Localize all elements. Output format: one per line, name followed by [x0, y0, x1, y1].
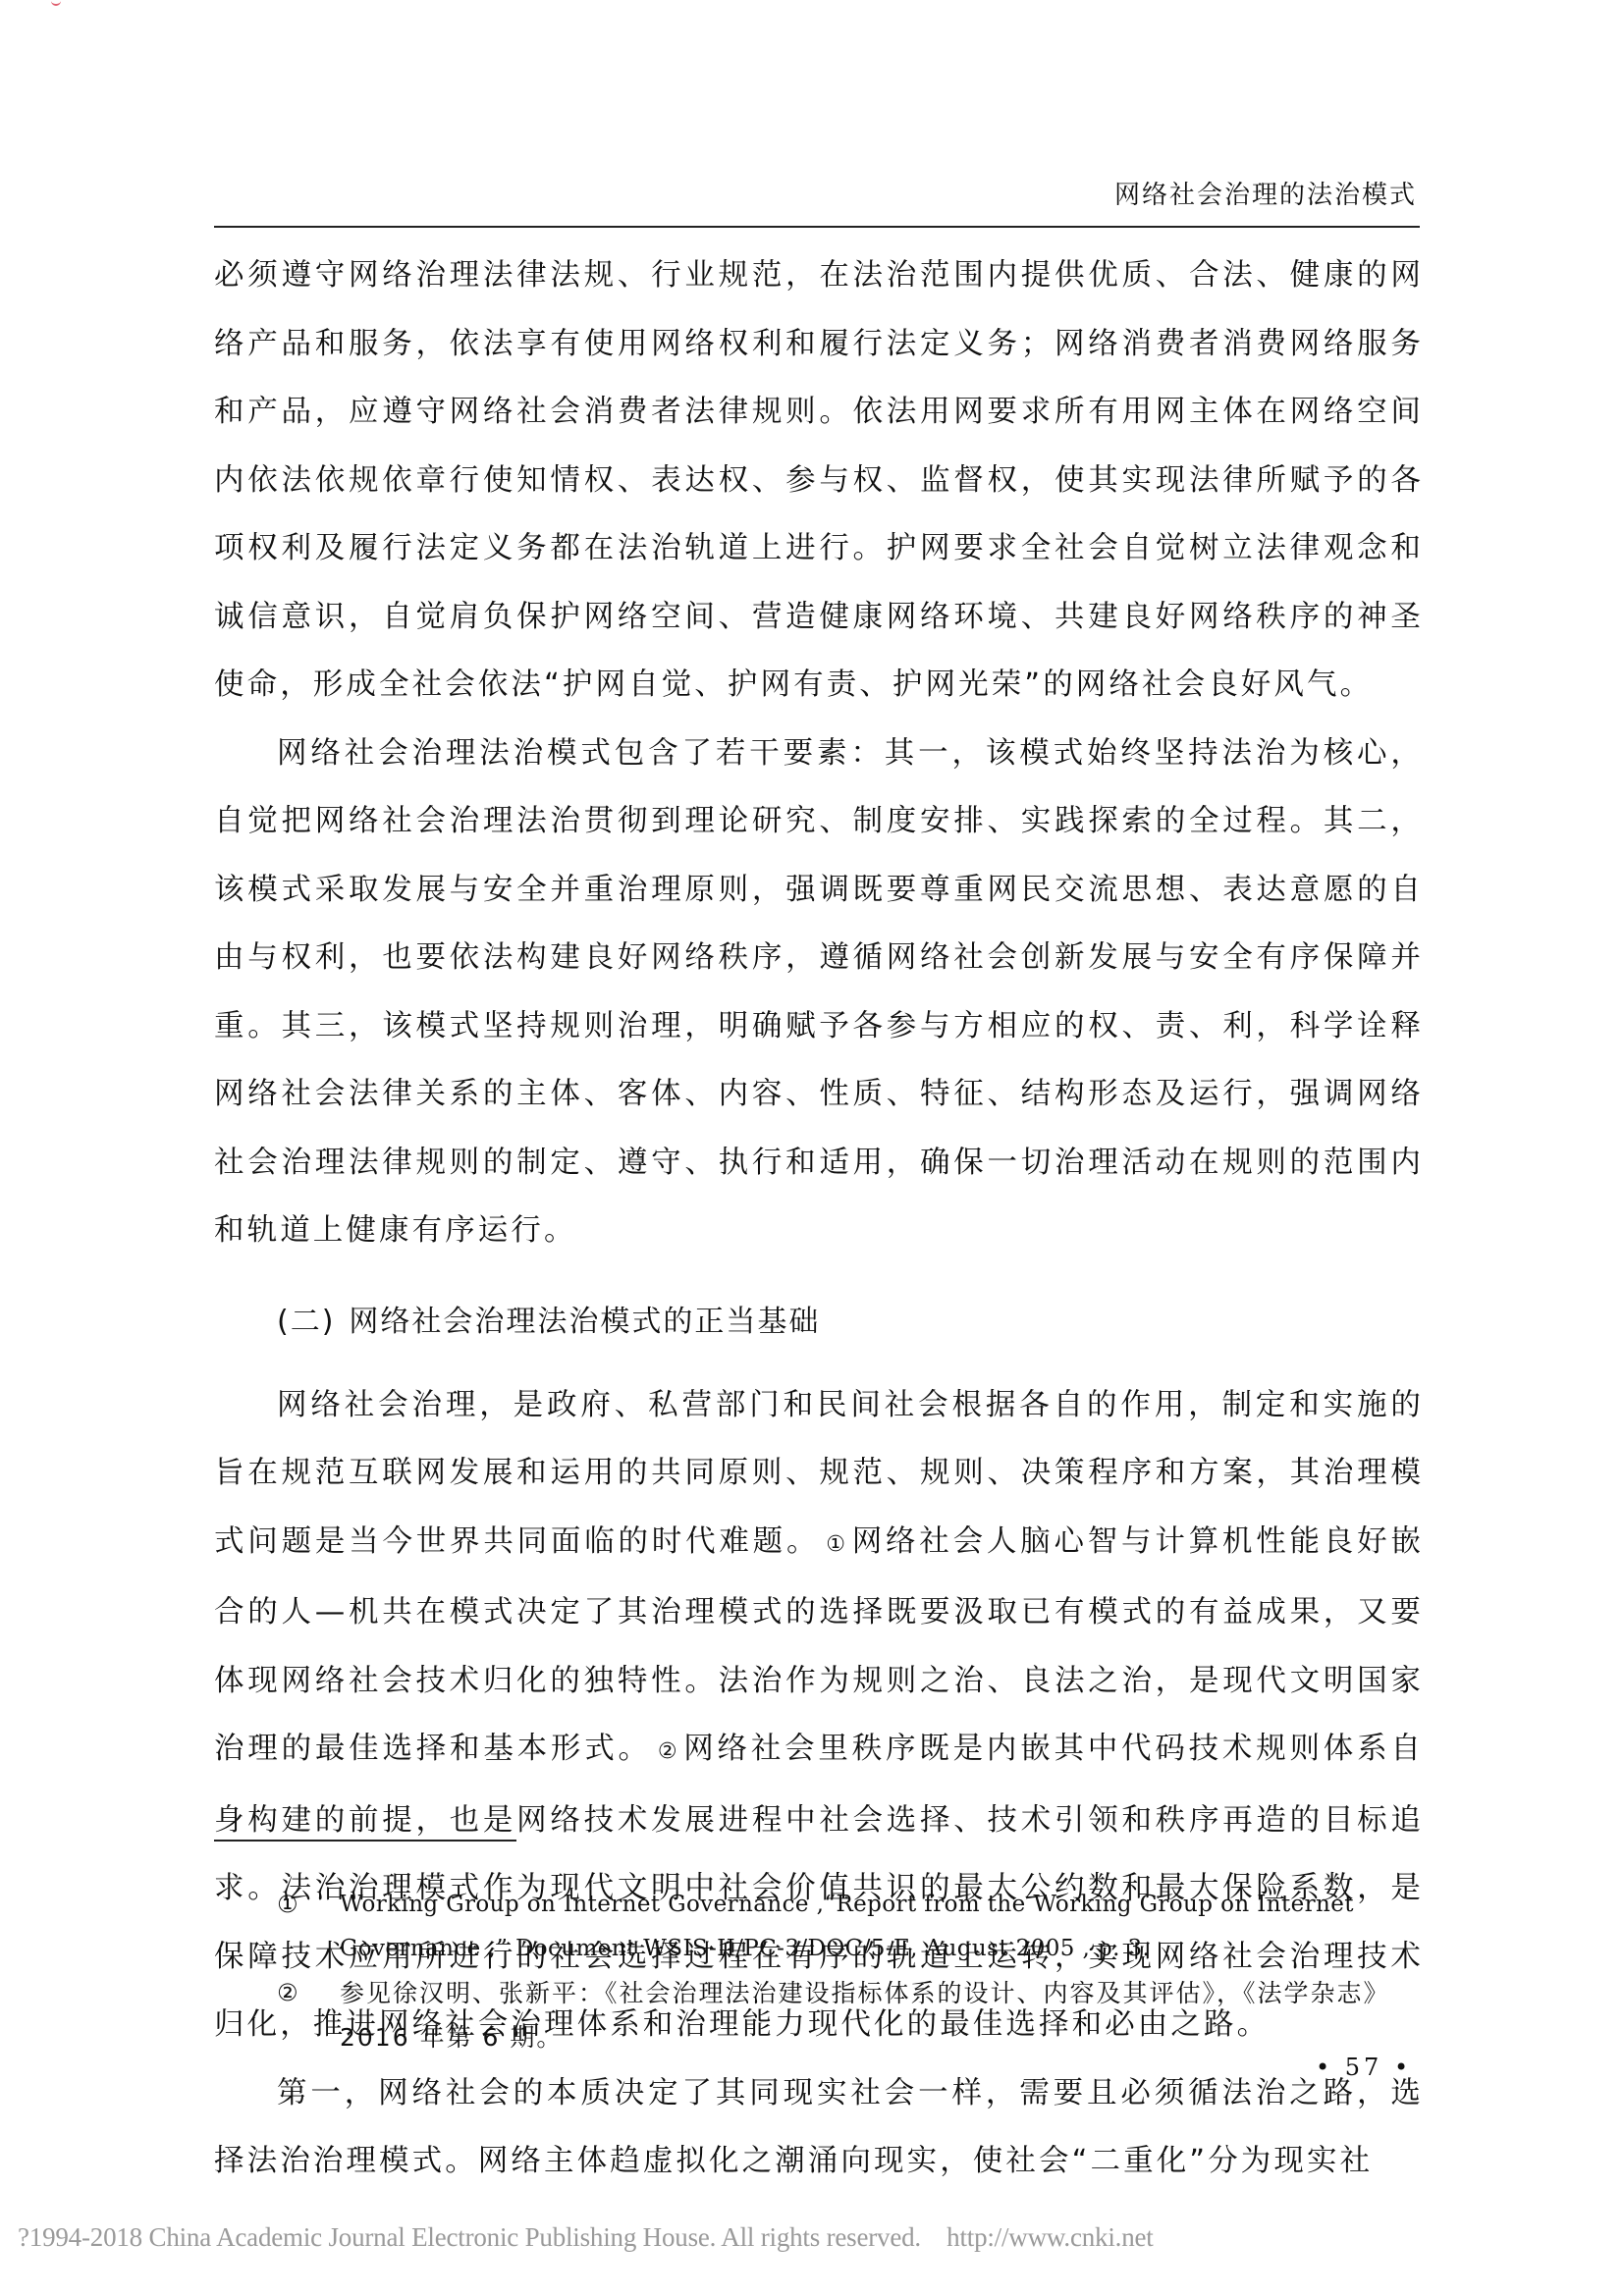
copyright-notice: ?1994-2018 China Academic Journal Electr…	[18, 2222, 1154, 2253]
footnote-mark: ②	[214, 1971, 340, 2015]
footnote-rule	[214, 1840, 516, 1842]
header-rule	[214, 226, 1420, 228]
footnote-text: Working Group on Internet Governance ,“R…	[340, 1883, 1424, 1971]
footnote-2: ② 参见徐汉明、张新平：《社会治理法治建设指标体系的设计、内容及其评估》，《法学…	[214, 1971, 1424, 2059]
paragraph: 网络社会治理法治模式包含了若干要素：其一，该模式始终坚持法治为核心，自觉把网络社…	[214, 720, 1424, 1265]
footnote-text: 参见徐汉明、张新平：《社会治理法治建设指标体系的设计、内容及其评估》，《法学杂志…	[340, 1971, 1424, 2059]
section-number: (二)	[277, 1305, 335, 1339]
footnote-ref-1[interactable]: ①	[826, 1532, 845, 1557]
footnote-1: ① Working Group on Internet Governance ,…	[214, 1883, 1424, 1971]
paragraph: 必须遵守网络治理法律法规、行业规范，在法治范围内提供优质、合法、健康的网络产品和…	[214, 241, 1424, 720]
page-number: • 57 •	[1316, 2054, 1412, 2081]
footnote-mark: ①	[214, 1883, 340, 1927]
section-title: 网络社会治理法治模式的正当基础	[349, 1305, 820, 1339]
paragraph-text: 网络社会人脑心智与计算机性能良好嵌合的人—机共在模式决定了其治理模式的选择既要汲…	[214, 1524, 1424, 1767]
footnotes: ① Working Group on Internet Governance ,…	[214, 1883, 1424, 2059]
running-head-title: 网络社会治理的法治模式	[1114, 175, 1417, 211]
section-heading: (二)网络社会治理法治模式的正当基础	[214, 1303, 1424, 1342]
corner-mark	[51, 0, 61, 6]
footnote-ref-2[interactable]: ②	[658, 1739, 677, 1764]
paragraph: 第一，网络社会的本质决定了其同现实社会一样，需要且必须循法治之路，选择法治治理模…	[214, 2059, 1424, 2196]
